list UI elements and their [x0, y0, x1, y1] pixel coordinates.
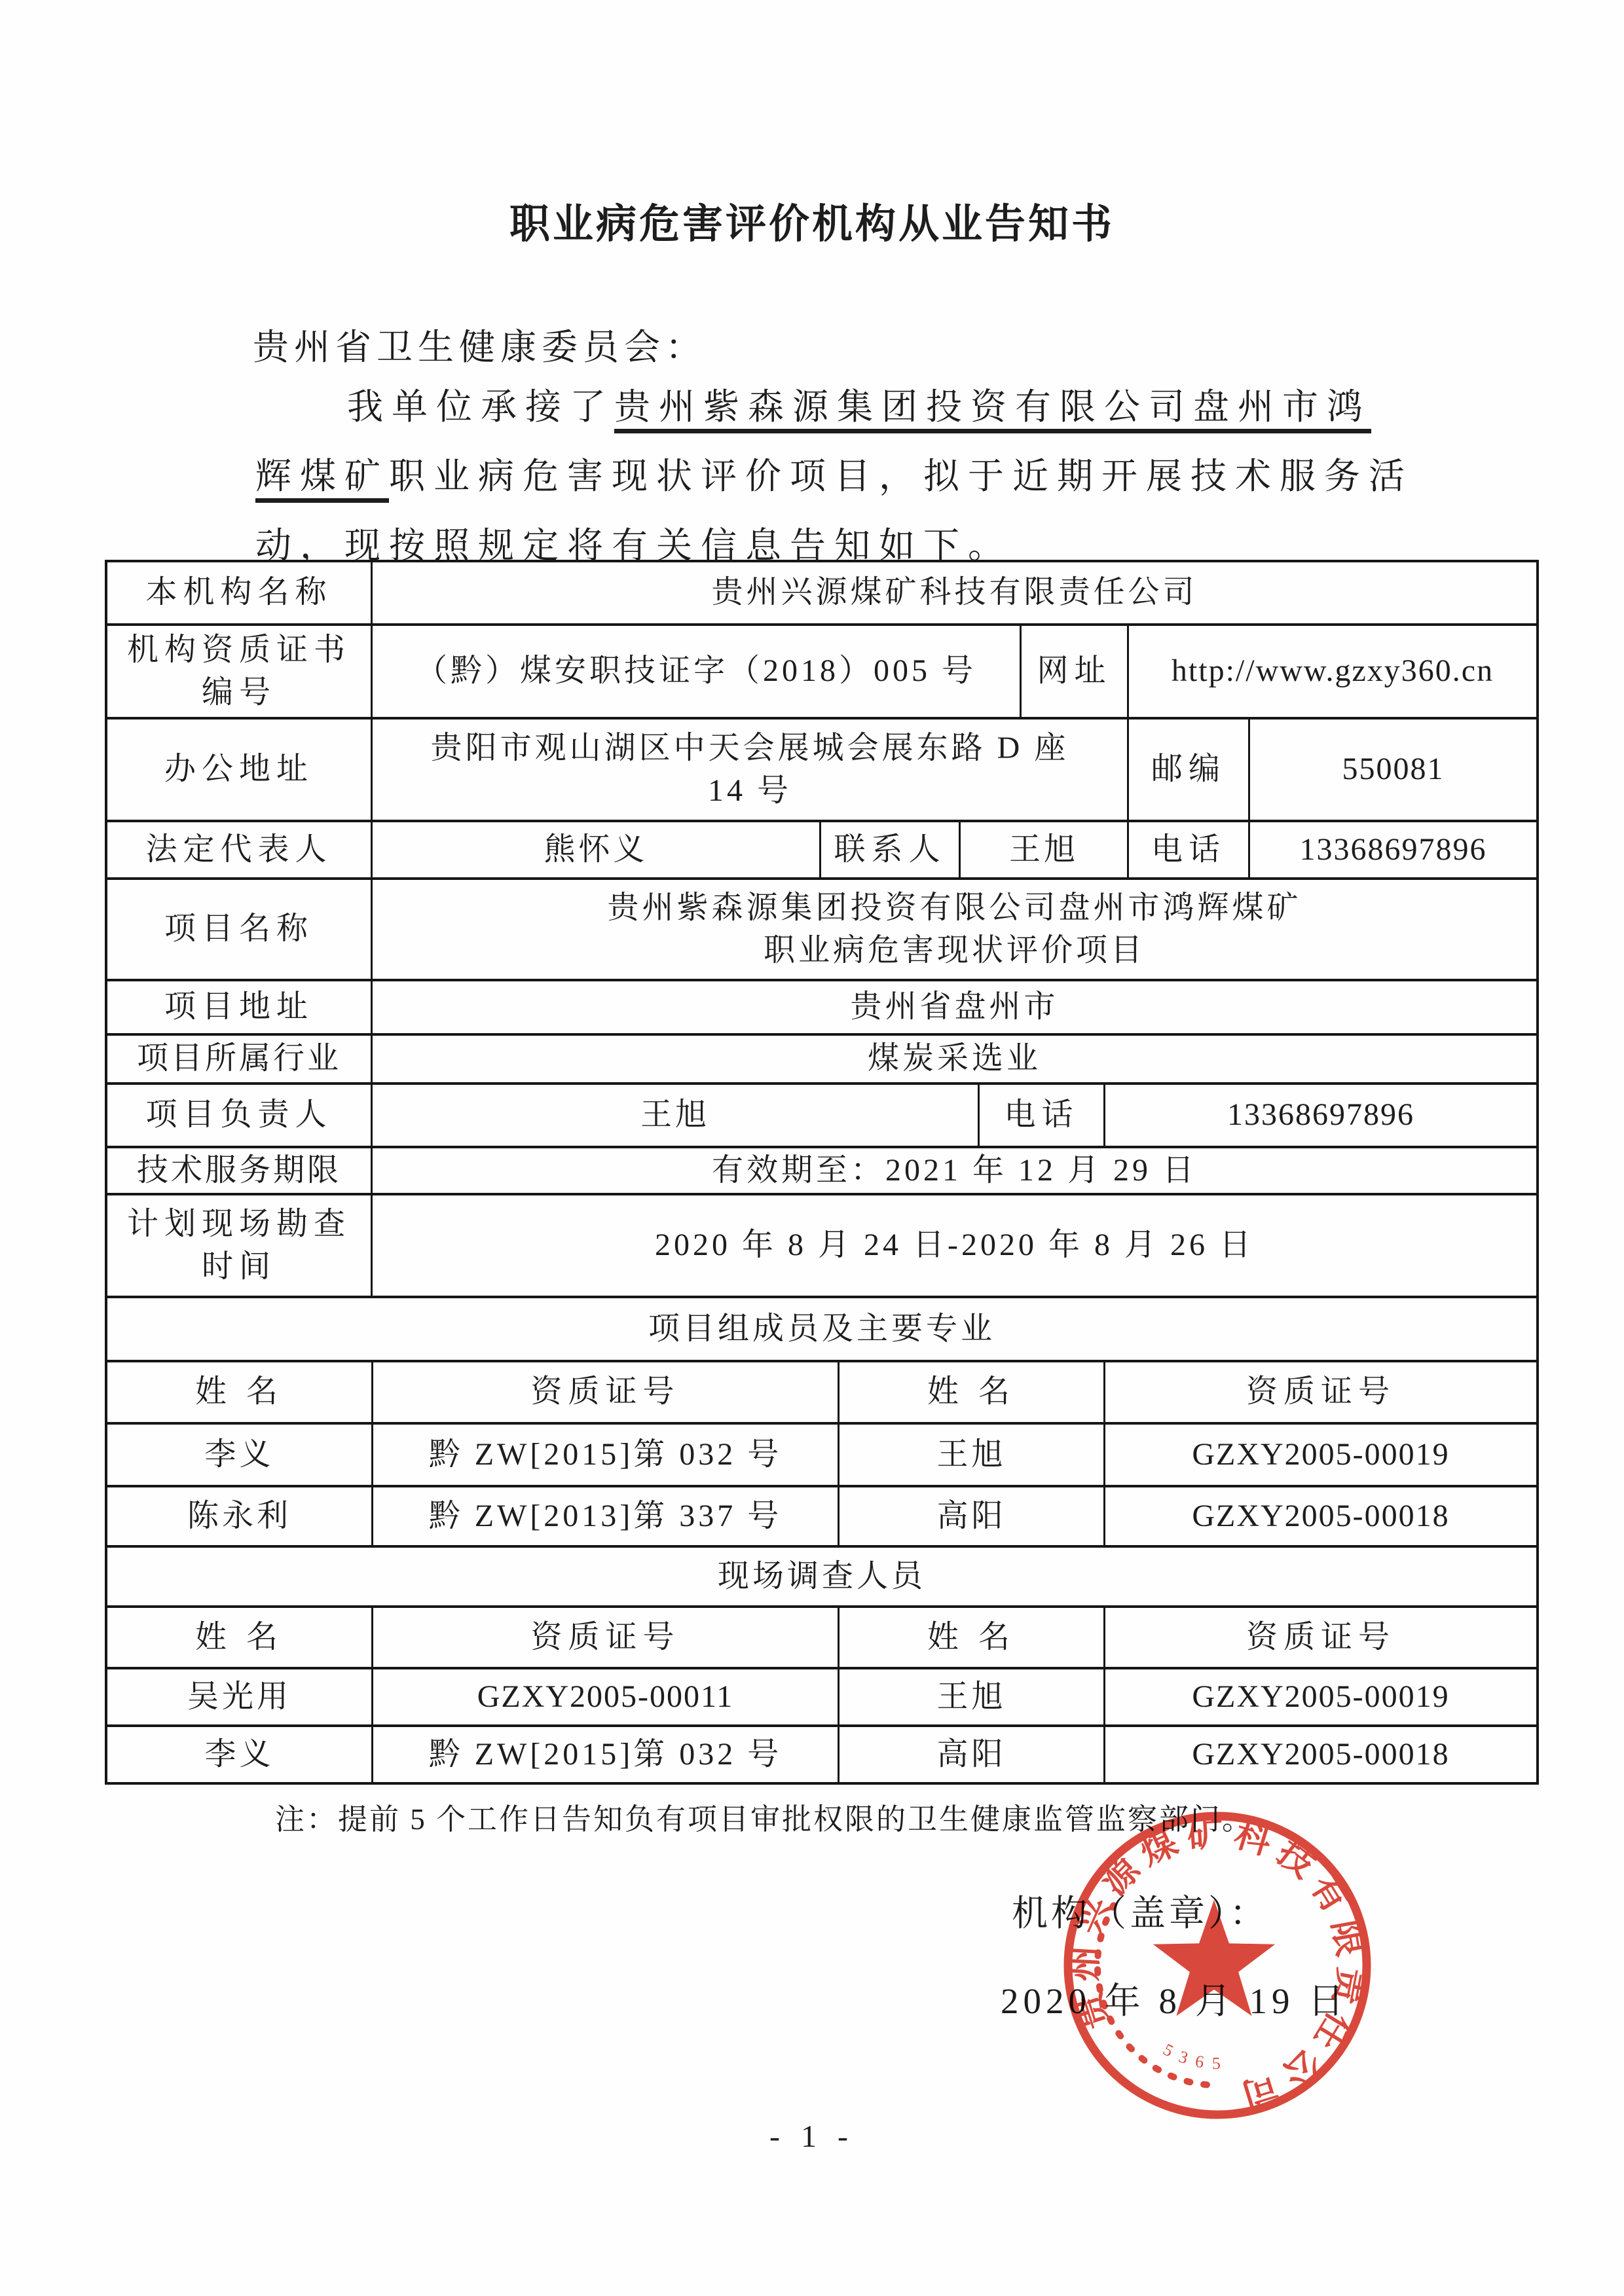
surveyor-row: 吴光用 GZXY2005-00011 王旭 GZXY2005-00019	[107, 1667, 1536, 1724]
industry-value: 煤炭采选业	[371, 1036, 1536, 1082]
website-label: 网址	[1020, 626, 1127, 717]
office-address-value: 贵阳市观山湖区中天会展城会展东路 D 座14 号	[371, 720, 1127, 820]
surveyor-section-title: 现场调查人员	[107, 1548, 1536, 1605]
member-cert: GZXY2005-00018	[1103, 1487, 1536, 1545]
page-title: 职业病危害评价机构从业告知书	[0, 191, 1624, 249]
member-name: 王旭	[838, 1425, 1103, 1485]
project-address-label: 项目地址	[107, 981, 371, 1033]
member-name: 李义	[107, 1425, 371, 1485]
footnote: 注：提前 5 个工作日告知负有项目审批权限的卫生健康监管监察部门。	[275, 1795, 1253, 1838]
salutation: 贵州省卫生健康委员会：	[253, 318, 707, 370]
row-surveyor-section-header: 现场调查人员	[107, 1545, 1536, 1605]
surveyor-name: 吴光用	[107, 1669, 371, 1724]
row-legal-representative: 法定代表人 熊怀义 联系人 王旭 电话 13368697896	[107, 820, 1536, 877]
industry-label: 项目所属行业	[107, 1036, 371, 1082]
surveyor-name: 高阳	[838, 1727, 1103, 1782]
document-page: 职业病危害评价机构从业告知书 贵州省卫生健康委员会： 我单位承接了贵州紫森源集团…	[0, 0, 1624, 2296]
surveyor-name: 李义	[107, 1727, 371, 1782]
row-service-term: 技术服务期限 有效期至：2021 年 12 月 29 日	[107, 1146, 1536, 1193]
row-project-leader: 项目负责人 王旭 电话 13368697896	[107, 1082, 1536, 1146]
row-project-name: 项目名称 贵州紫森源集团投资有限公司盘州市鸿辉煤矿职业病危害现状评价项目	[107, 877, 1536, 979]
surveyor-row: 李义 黔 ZW[2015]第 032 号 高阳 GZXY2005-00018	[107, 1724, 1536, 1782]
row-office-address: 办公地址 贵阳市观山湖区中天会展城会展东路 D 座14 号 邮编 550081	[107, 717, 1536, 820]
leader-phone-label: 电话	[978, 1085, 1103, 1146]
service-term-label: 技术服务期限	[107, 1148, 371, 1193]
intro-paragraph: 我单位承接了贵州紫森源集团投资有限公司盘州市鸿 辉煤矿职业病危害现状评价项目，拟…	[255, 381, 1418, 589]
org-name-label: 本机构名称	[107, 562, 371, 623]
surveyor-cert: GZXY2005-00011	[371, 1669, 838, 1724]
team-col-cert-2: 资质证号	[1103, 1362, 1536, 1422]
team-col-name-2: 姓 名	[838, 1362, 1103, 1422]
surveyor-col-cert-2: 资质证号	[1103, 1608, 1536, 1667]
surveyor-col-cert-1: 资质证号	[371, 1608, 838, 1667]
surveyor-col-name-1: 姓 名	[107, 1608, 371, 1667]
seal-code-digits: 5365	[1160, 2040, 1230, 2073]
row-industry: 项目所属行业 煤炭采选业	[107, 1033, 1536, 1082]
member-name: 高阳	[838, 1487, 1103, 1545]
page-number: - 1 -	[0, 2119, 1624, 2155]
project-leader-label: 项目负责人	[107, 1085, 371, 1146]
member-name: 陈永利	[107, 1487, 371, 1545]
cert-number-label: 机构资质证书编号	[107, 626, 371, 717]
leader-phone-value: 13368697896	[1103, 1085, 1536, 1146]
row-surveyor-columns: 姓 名 资质证号 姓 名 资质证号	[107, 1605, 1536, 1667]
service-term-value: 有效期至：2021 年 12 月 29 日	[371, 1148, 1536, 1193]
project-leader-value: 王旭	[371, 1085, 978, 1146]
row-survey-time: 计划现场勘查时间 2020 年 8 月 24 日-2020 年 8 月 26 日	[107, 1193, 1536, 1296]
phone-value: 13368697896	[1248, 822, 1536, 877]
stamp-label: 机构（盖章）：	[1012, 1884, 1269, 1936]
member-cert: 黔 ZW[2015]第 032 号	[371, 1425, 838, 1485]
issue-date: 2020 年 8 月 19 日	[1001, 1972, 1348, 2024]
cert-number-value: （黔）煤安职技证字（2018）005 号	[371, 626, 1020, 717]
surveyor-cert: 黔 ZW[2015]第 032 号	[371, 1727, 838, 1782]
zip-label: 邮编	[1127, 720, 1248, 820]
survey-time-value: 2020 年 8 月 24 日-2020 年 8 月 26 日	[371, 1195, 1536, 1296]
row-org-name: 本机构名称 贵州兴源煤矿科技有限责任公司	[107, 562, 1536, 623]
member-cert: 黔 ZW[2013]第 337 号	[371, 1487, 838, 1545]
seal-ring-text: 贵州兴源煤矿科技有限责任公司	[1064, 1812, 1373, 2118]
row-project-address: 项目地址 贵州省盘州市	[107, 979, 1536, 1033]
org-name-value: 贵州兴源煤矿科技有限责任公司	[371, 562, 1536, 623]
row-team-columns: 姓 名 资质证号 姓 名 资质证号	[107, 1360, 1536, 1422]
team-section-title: 项目组成员及主要专业	[107, 1298, 1536, 1360]
row-cert-number: 机构资质证书编号 （黔）煤安职技证字（2018）005 号 网址 http://…	[107, 623, 1536, 717]
team-col-name-1: 姓 名	[107, 1362, 371, 1422]
row-team-section-header: 项目组成员及主要专业	[107, 1296, 1536, 1360]
project-address-value: 贵州省盘州市	[371, 981, 1536, 1033]
team-row: 李义 黔 ZW[2015]第 032 号 王旭 GZXY2005-00019	[107, 1422, 1536, 1485]
seal-outer-ring	[1068, 1816, 1367, 2115]
team-col-cert-1: 资质证号	[371, 1362, 838, 1422]
project-name-label: 项目名称	[107, 880, 371, 979]
info-table: 本机构名称 贵州兴源煤矿科技有限责任公司 机构资质证书编号 （黔）煤安职技证字（…	[105, 560, 1539, 1785]
legal-rep-value: 熊怀义	[371, 822, 819, 877]
contact-value: 王旭	[959, 822, 1127, 877]
surveyor-cert: GZXY2005-00018	[1103, 1727, 1536, 1782]
paragraph-line-2: 辉煤矿职业病危害现状评价项目，拟于近期开展技术服务活	[255, 450, 1418, 520]
underlined-company-name: 贵州紫森源集团投资有限公司盘州市鸿	[614, 387, 1371, 433]
member-cert: GZXY2005-00019	[1103, 1425, 1536, 1485]
website-value: http://www.gzxy360.cn	[1127, 626, 1536, 717]
legal-rep-label: 法定代表人	[107, 822, 371, 877]
project-name-value: 贵州紫森源集团投资有限公司盘州市鸿辉煤矿职业病危害现状评价项目	[371, 880, 1536, 979]
contact-label: 联系人	[819, 822, 959, 877]
surveyor-name: 王旭	[838, 1669, 1103, 1724]
office-address-label: 办公地址	[107, 720, 371, 820]
zip-value: 550081	[1248, 720, 1536, 820]
survey-time-label: 计划现场勘查时间	[107, 1195, 371, 1296]
surveyor-col-name-2: 姓 名	[838, 1608, 1103, 1667]
surveyor-cert: GZXY2005-00019	[1103, 1669, 1536, 1724]
paragraph-line-1: 我单位承接了贵州紫森源集团投资有限公司盘州市鸿	[255, 381, 1418, 450]
team-row: 陈永利 黔 ZW[2013]第 337 号 高阳 GZXY2005-00018	[107, 1485, 1536, 1545]
phone-label: 电话	[1127, 822, 1248, 877]
